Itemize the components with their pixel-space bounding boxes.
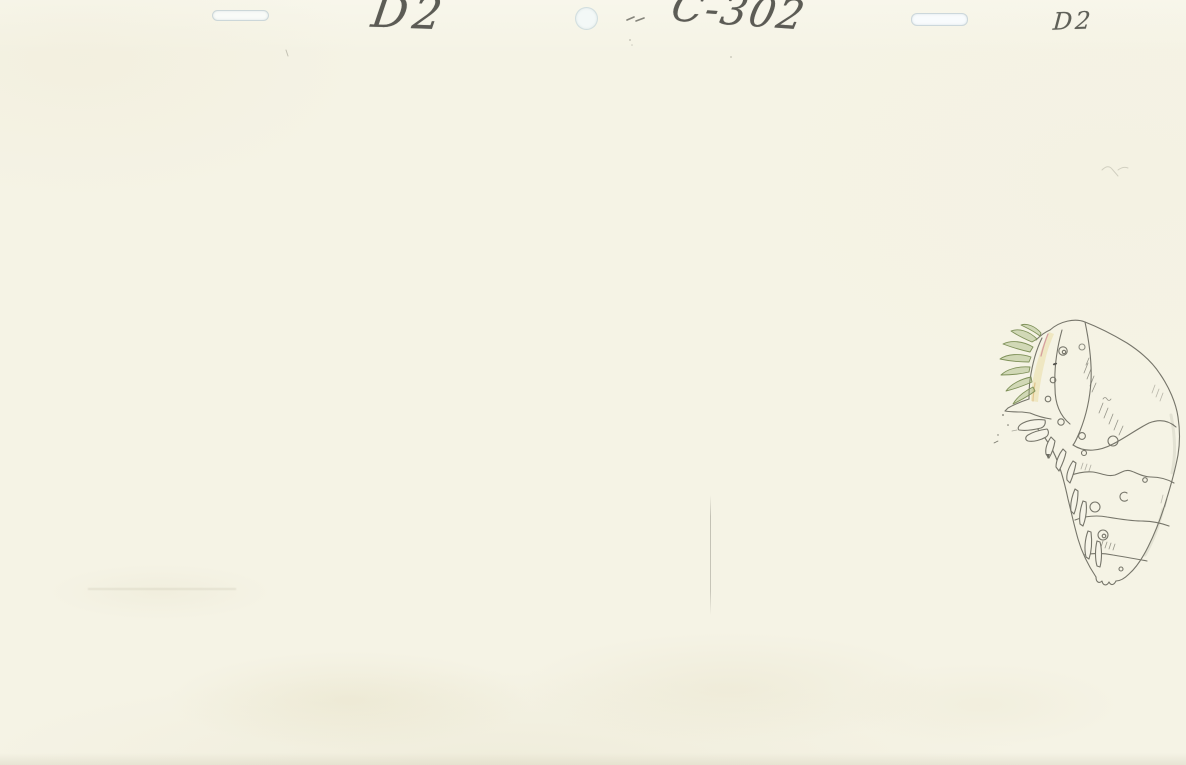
faint-horizontal-smudge [88, 588, 236, 590]
handwritten-label-d2-corner: D2 [1052, 8, 1094, 33]
peg-hole-left-slot [212, 10, 269, 21]
sketch-legs [1018, 420, 1101, 567]
animation-paper-sheet: { "handwriting": { "label_center_left": … [0, 0, 1186, 765]
peg-hole-center-round [575, 7, 598, 30]
faint-scribble-mark [1098, 160, 1134, 186]
pencil-speck-mark [282, 48, 294, 60]
pencil-scribble-mark [626, 14, 652, 50]
insect-larva-sketch [985, 313, 1186, 605]
pencil-speck-mark [726, 52, 738, 64]
sketch-shading [1145, 415, 1175, 555]
sketch-hatching [1081, 358, 1167, 550]
sketch-body-outline [1031, 320, 1180, 585]
handwritten-label-d2-top: D2 [369, 0, 450, 36]
handwritten-label-c302: C-302 [668, 0, 810, 36]
sketch-stray-dots [994, 414, 1017, 443]
faint-vertical-pencil-line [710, 495, 711, 615]
sketch-shell-plates [1068, 322, 1176, 571]
peg-hole-right-slot [911, 13, 968, 26]
